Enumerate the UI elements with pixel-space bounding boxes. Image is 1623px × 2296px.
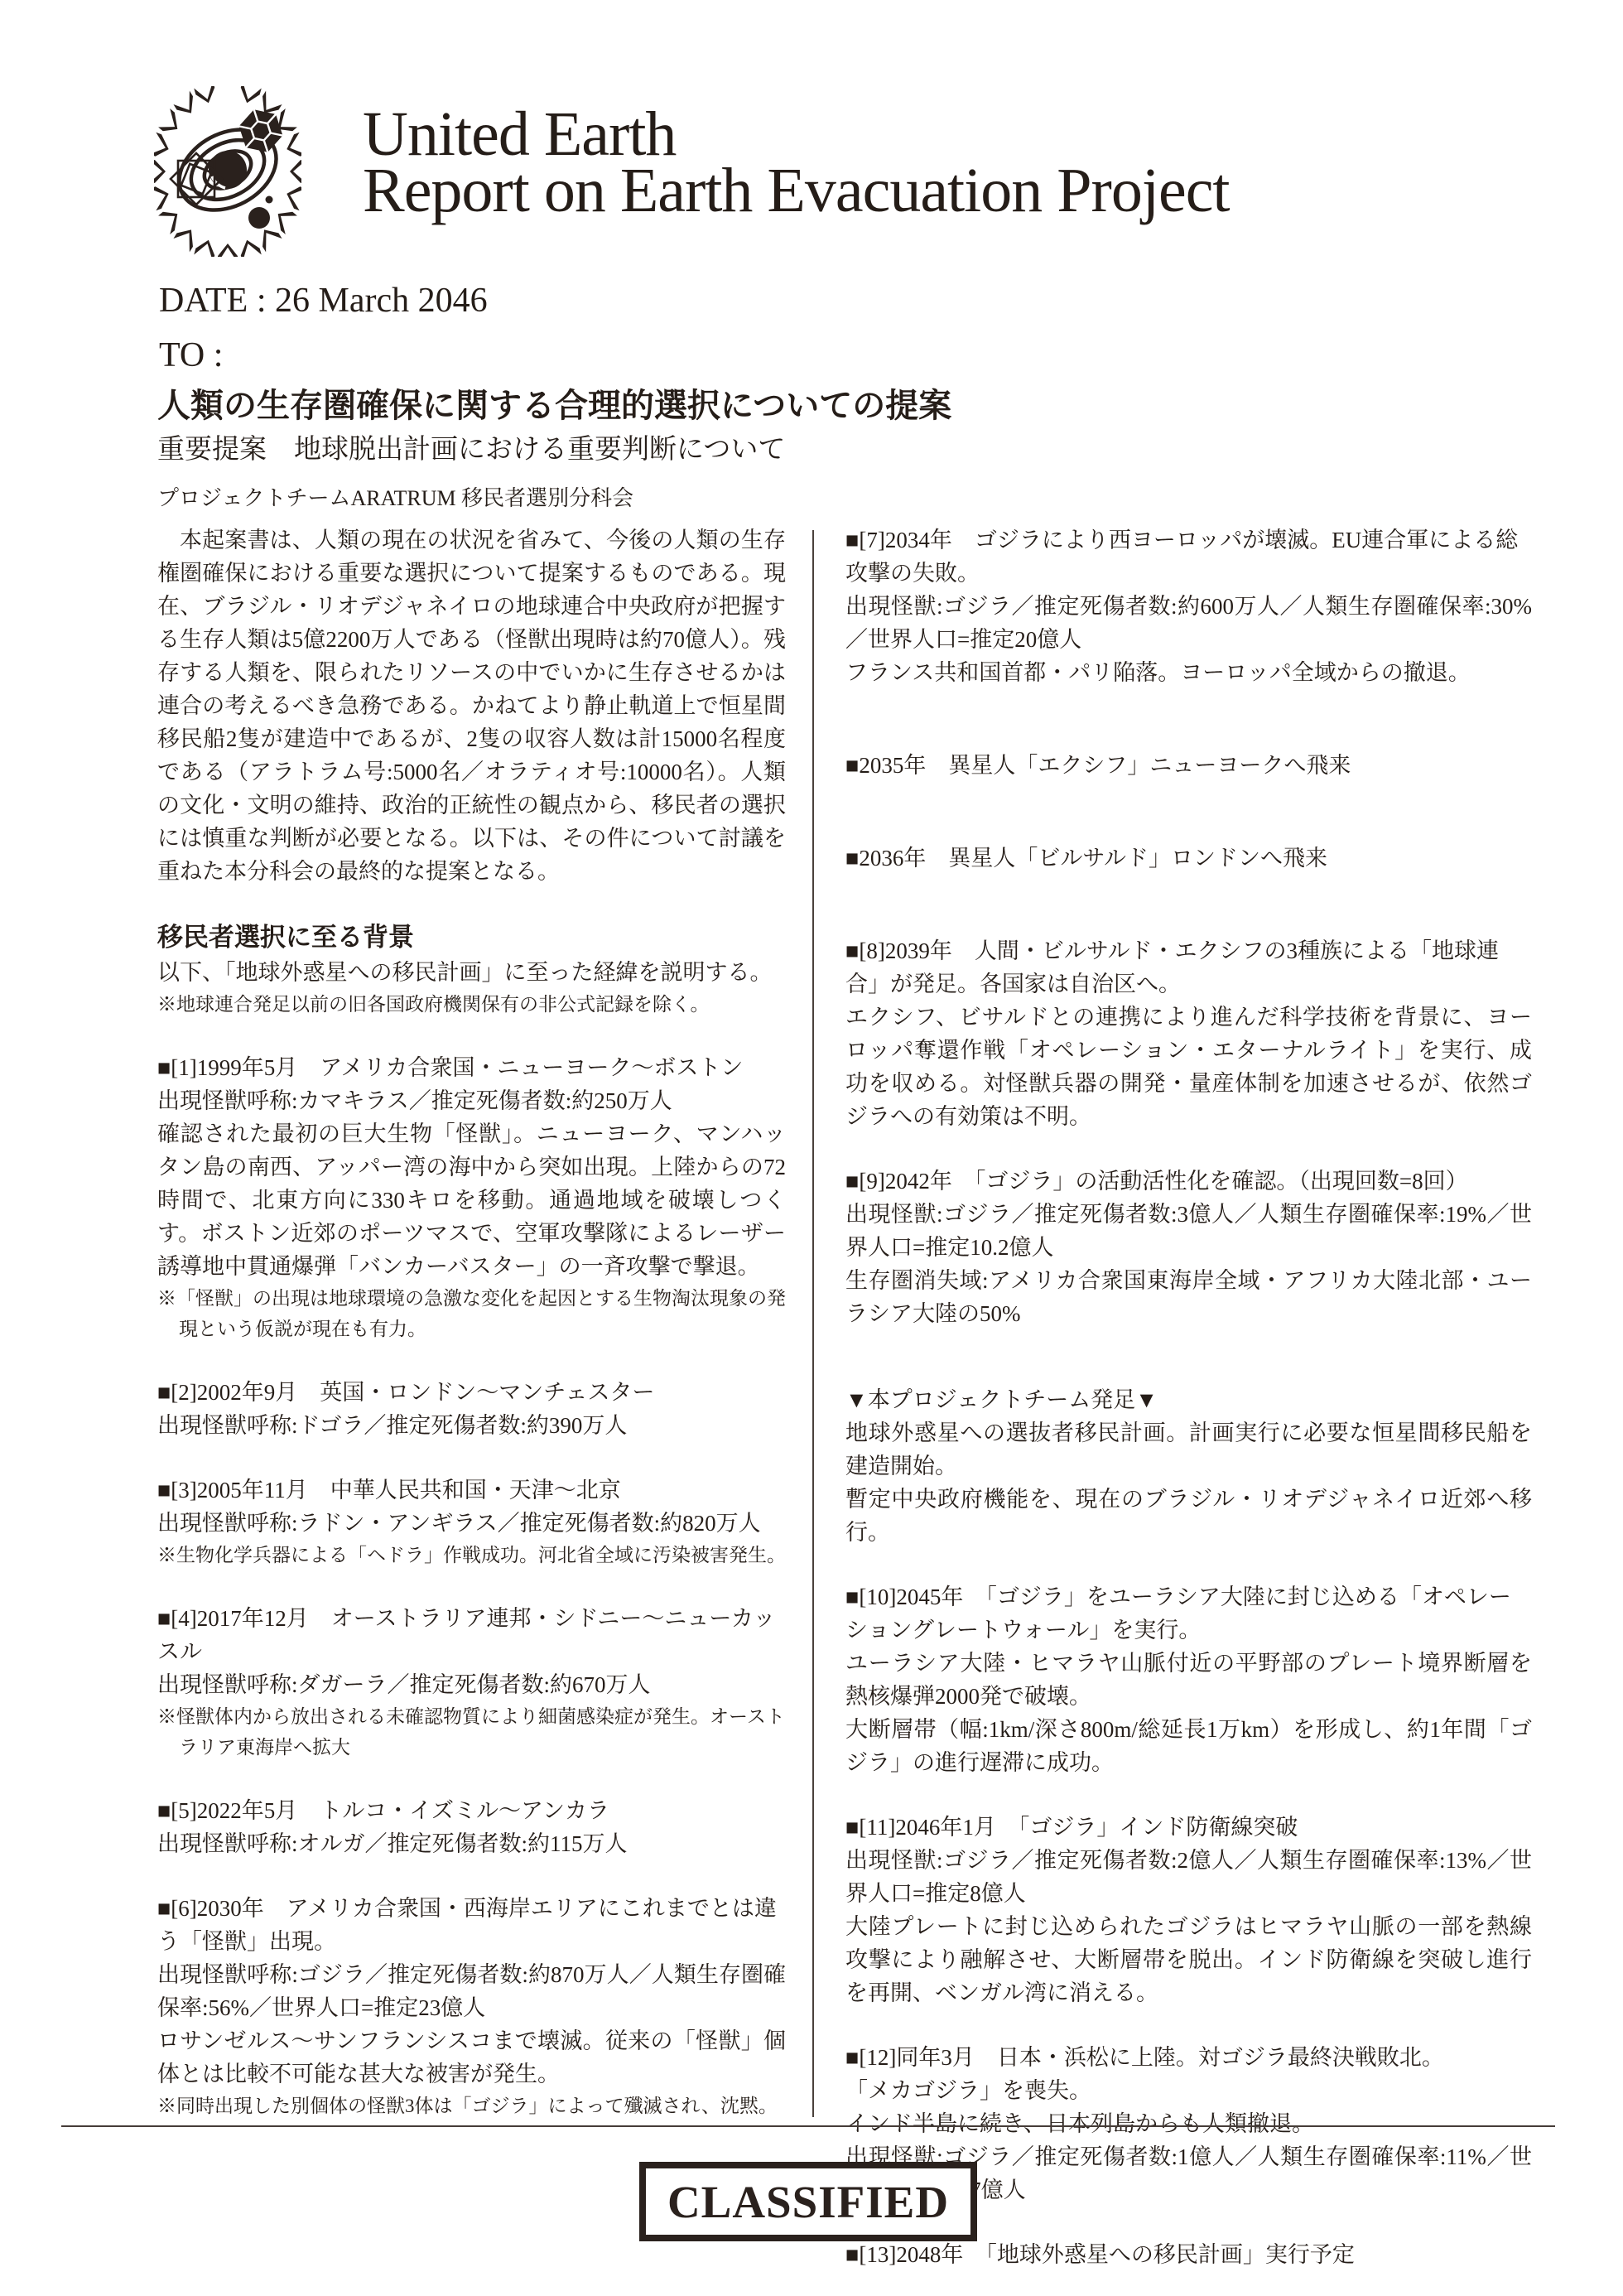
block-line: 出現怪獣:ゴジラ／推定死傷者数:3億人／人類生存圏確保率:19%／世界人口=推定…	[845, 1198, 1532, 1264]
block-line: 大断層帯（幅:1km/深さ800m/総延長1万km）を形成し、約1年間「ゴジラ」…	[845, 1713, 1532, 1779]
block-heading: ■[6]2030年 アメリカ合衆国・西海岸エリアにこれまでとは違う「怪獣」出現。	[157, 1892, 786, 1958]
block-line: 暫定中央政府機能を、現在のブラジル・リオデジャネイロ近郊へ移行。	[845, 1483, 1532, 1549]
block-line: 本起案書は、人類の現在の状況を省みて、今後の人類の生存権圏確保における重要な選択…	[157, 523, 786, 888]
block-event: ■[3]2005年11月 中華人民共和国・天津～北京出現怪獣呼称:ラドン・アンギ…	[157, 1474, 786, 1570]
block-heading: ■[4]2017年12月 オーストラリア連邦・シドニー～ニューカッスル	[157, 1602, 786, 1668]
block-heading: ■[13]2048年 「地球外惑星への移民計画」実行予定	[845, 2238, 1532, 2271]
block-event: ■[2]2002年9月 英国・ロンドン～マンチェスター出現怪獣呼称:ドゴラ／推定…	[157, 1376, 786, 1442]
block-event: ■[13]2048年 「地球外惑星への移民計画」実行予定	[845, 2238, 1532, 2271]
masthead: United Earth Report on Earth Evacuation …	[363, 106, 1230, 219]
block-milestone: ■2036年 異星人「ビルサルド」ロンドンへ飛来	[845, 842, 1532, 875]
block-event: ■[4]2017年12月 オーストラリア連邦・シドニー～ニューカッスル出現怪獣呼…	[157, 1602, 786, 1763]
block-line: ロサンゼルス～サンフランシスコまで壊滅。従来の「怪獣」個体とは比較不可能な甚大な…	[157, 2024, 786, 2091]
left-column: 本起案書は、人類の現在の状況を省みて、今後の人類の生存権圏確保における重要な選択…	[157, 523, 786, 2121]
block-event: ■[6]2030年 アメリカ合衆国・西海岸エリアにこれまでとは違う「怪獣」出現。…	[157, 1892, 786, 2121]
report-title: Report on Earth Evacuation Project	[363, 162, 1230, 219]
proposal-title: 人類の生存圏確保に関する合理的選択についての提案	[157, 386, 1317, 426]
to-line: TO :	[159, 328, 488, 383]
project-team-line: プロジェクトチームARATRUM 移民者選別分科会	[157, 486, 1317, 511]
block-line: 出現怪獣呼称:オルガ／推定死傷者数:約115万人	[157, 1827, 786, 1860]
moon-dot-icon	[266, 196, 273, 204]
block-line: 出現怪獣:ゴジラ／推定死傷者数:約600万人／人類生存圏確保率:30%／世界人口…	[845, 590, 1532, 656]
block-line: 大陸プレートに封じ込められたゴジラはヒマラヤ山脈の一部を熱線攻撃により融解させ、…	[845, 1910, 1532, 2009]
octagram-star-icon	[171, 153, 222, 205]
block-heading: ■[2]2002年9月 英国・ロンドン～マンチェスター	[157, 1376, 786, 1409]
block-heading: ■[1]1999年5月 アメリカ合衆国・ニューヨーク～ボストン	[157, 1051, 786, 1084]
block-line: 出現怪獣:ゴジラ／推定死傷者数:2億人／人類生存圏確保率:13%／世界人口=推定…	[845, 1844, 1532, 1910]
block-footnote: ※同時出現した別個体の怪獣3体は「ゴジラ」によって殲滅され、沈黙。	[157, 2091, 786, 2121]
block-footnote: ※生物化学兵器による「ヘドラ」作戦成功。河北省全域に汚染被害発生。	[157, 1540, 786, 1570]
block-line: 出現怪獣呼称:ダガーラ／推定死傷者数:約670万人	[157, 1668, 786, 1701]
block-event: ■[9]2042年 「ゴジラ」の活動活性化を確認。（出現回数=8回）出現怪獣:ゴ…	[845, 1165, 1532, 1330]
block-line: 出現怪獣呼称:ゴジラ／推定死傷者数:約870万人／人類生存圏確保率:56%／世界…	[157, 1958, 786, 2024]
block-line: 確認された最初の巨大生物「怪獣」。ニューヨーク、マンハッタン島の南西、アッパー湾…	[157, 1117, 786, 1283]
block-heading: 移民者選択に至る背景	[157, 919, 786, 956]
block-line: ユーラシア大陸・ヒマラヤ山脈付近の平野部のプレート境界断層を熱核爆弾2000発で…	[845, 1647, 1532, 1713]
block-heading: ■[11]2046年1月 「ゴジラ」インド防衛線突破	[845, 1811, 1532, 1844]
block-heading: ■[9]2042年 「ゴジラ」の活動活性化を確認。（出現回数=8回）	[845, 1165, 1532, 1198]
right-column: ■[7]2034年 ゴジラにより西ヨーロッパが壊滅。EU連合軍による総攻撃の失敗…	[845, 523, 1532, 2271]
block-section: 移民者選択に至る背景以下、「地球外惑星への移民計画」に至った経緯を説明する。※地…	[157, 919, 786, 1020]
block-footnote: ※怪獣体内から放出される未確認物質により細菌感染症が発生。オーストラリア東海岸へ…	[157, 1701, 786, 1763]
block-event: ■[11]2046年1月 「ゴジラ」インド防衛線突破出現怪獣:ゴジラ／推定死傷者…	[845, 1811, 1532, 2009]
block-heading: ▼本プロジェクトチーム発足▼	[845, 1383, 1532, 1416]
block-heading: ■[7]2034年 ゴジラにより西ヨーロッパが壊滅。EU連合軍による総攻撃の失敗…	[845, 523, 1532, 590]
date-line: DATE : 26 March 2046	[159, 273, 488, 328]
block-event: ■[8]2039年 人間・ビルサルド・エクシフの3種族による「地球連合」が発足。…	[845, 934, 1532, 1133]
block-event: ■[10]2045年 「ゴジラ」をユーラシア大陸に封じ込める「オペレーショングレ…	[845, 1580, 1532, 1779]
block-line: 以下、「地球外惑星への移民計画」に至った経緯を説明する。	[157, 956, 786, 989]
block-callout: ▼本プロジェクトチーム発足▼地球外惑星への選抜者移民計画。計画実行に必要な恒星間…	[845, 1383, 1532, 1549]
block-line: 出現怪獣呼称:カマキラス／推定死傷者数:約250万人	[157, 1084, 786, 1117]
block-line: 地球外惑星への選抜者移民計画。計画実行に必要な恒星間移民船を建造開始。	[845, 1416, 1532, 1483]
block-line: 「メカゴジラ」を喪失。	[845, 2074, 1532, 2107]
date-block: DATE : 26 March 2046 TO :	[159, 273, 488, 383]
document-body: 本起案書は、人類の現在の状況を省みて、今後の人類の生存権圏確保における重要な選択…	[157, 523, 1532, 2271]
block-line: フランス共和国首都・パリ陥落。ヨーロッパ全域からの撤退。	[845, 656, 1532, 689]
block-heading: ■2035年 異星人「エクシフ」ニューヨークへ飛来	[845, 749, 1532, 782]
united-earth-emblem	[154, 86, 301, 257]
block-heading: ■2036年 異星人「ビルサルド」ロンドンへ飛来	[845, 842, 1532, 875]
block-line: エクシフ、ビサルドとの連携により進んだ科学技術を背景に、ヨーロッパ奪還作戦「オペ…	[845, 1001, 1532, 1133]
block-event: ■[7]2034年 ゴジラにより西ヨーロッパが壊滅。EU連合軍による総攻撃の失敗…	[845, 523, 1532, 689]
block-footnote: ※地球連合発足以前の旧各国政府機関保有の非公式記録を除く。	[157, 989, 786, 1020]
block-line: インド半島に続き、日本列島からも人類撤退。	[845, 2107, 1532, 2140]
report-page: United Earth Report on Earth Evacuation …	[0, 0, 1623, 2296]
jp-heading-block: 人類の生存圏確保に関する合理的選択についての提案 重要提案 地球脱出計画における…	[157, 386, 1317, 511]
classified-stamp: CLASSIFIED	[639, 2162, 977, 2241]
block-heading: ■[5]2022年5月 トルコ・イズミル～アンカラ	[157, 1794, 786, 1827]
block-line: 出現怪獣呼称:ラドン・アンギラス／推定死傷者数:約820万人	[157, 1507, 786, 1540]
planet-icon	[248, 207, 270, 229]
block-heading: ■[8]2039年 人間・ビルサルド・エクシフの3種族による「地球連合」が発足。…	[845, 934, 1532, 1001]
block-event: ■[1]1999年5月 アメリカ合衆国・ニューヨーク～ボストン出現怪獣呼称:カマ…	[157, 1051, 786, 1344]
block-line: 生存圏消失域:アメリカ合衆国東海岸全域・アフリカ大陸北部・ユーラシア大陸の50%	[845, 1264, 1532, 1330]
block-line: 出現怪獣呼称:ドゴラ／推定死傷者数:約390万人	[157, 1409, 786, 1442]
block-intro: 本起案書は、人類の現在の状況を省みて、今後の人類の生存権圏確保における重要な選択…	[157, 523, 786, 888]
footer-rule	[61, 2125, 1555, 2127]
hexagon-tech-icon	[235, 107, 287, 154]
block-footnote: ※「怪獣」の出現は地球環境の急激な変化を起因とする生物淘汰現象の発現という仮説が…	[157, 1283, 786, 1344]
block-event: ■[5]2022年5月 トルコ・イズミル～アンカラ出現怪獣呼称:オルガ／推定死傷…	[157, 1794, 786, 1860]
block-heading: ■[12]同年3月 日本・浜松に上陸。対ゴジラ最終決戦敗北。	[845, 2041, 1532, 2074]
block-heading: ■[10]2045年 「ゴジラ」をユーラシア大陸に封じ込める「オペレーショングレ…	[845, 1580, 1532, 1647]
block-heading: ■[3]2005年11月 中華人民共和国・天津～北京	[157, 1474, 786, 1507]
proposal-subtitle: 重要提案 地球脱出計画における重要判断について	[157, 433, 1317, 466]
block-milestone: ■2035年 異星人「エクシフ」ニューヨークへ飛来	[845, 749, 1532, 782]
org-title: United Earth	[363, 106, 1230, 162]
